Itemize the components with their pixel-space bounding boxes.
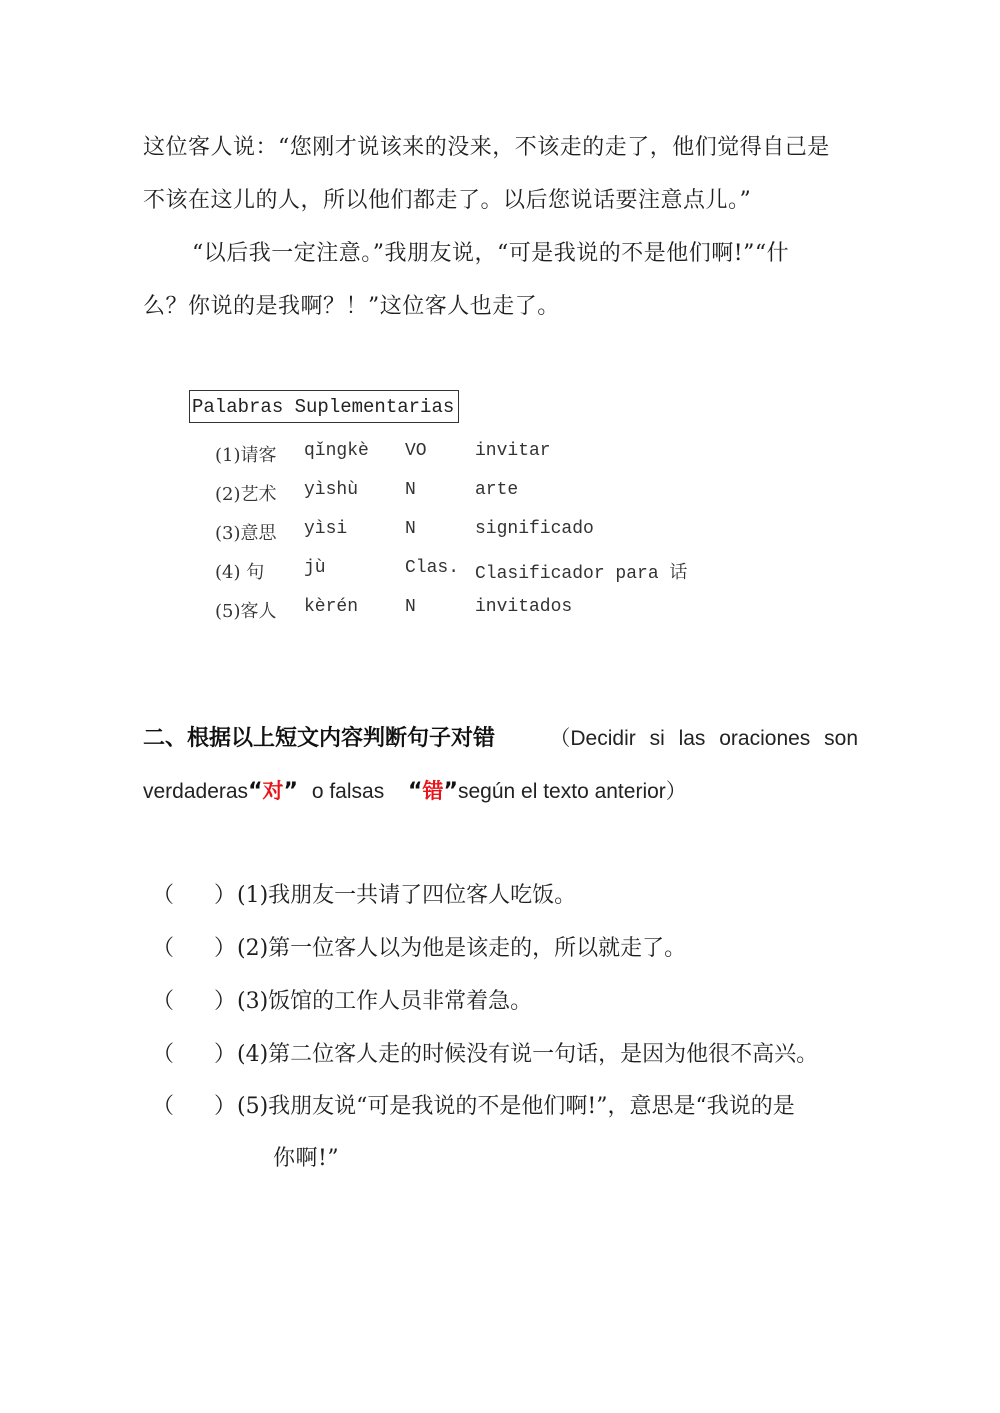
- question-text: (5)我朋友说“可是我说的不是他们啊!”，意思是“我说的是: [237, 1089, 795, 1120]
- vocab-definition: invitados: [475, 597, 572, 617]
- vocab-definition: Clasificador para 话: [475, 558, 687, 584]
- story-line-3: “以后我一定注意。”我朋友说，“可是我说的不是他们啊!”“什: [192, 236, 789, 267]
- vocab-word: (5)客人: [215, 597, 277, 623]
- vocab-word: (3)意思: [215, 519, 277, 545]
- false-close-quote: ”: [444, 779, 458, 804]
- vocab-word: (1)请客: [215, 441, 277, 467]
- answer-blank-open[interactable]: （: [152, 1089, 174, 1120]
- section2-heading: 二、根据以上短文内容判断句子对错: [143, 726, 495, 751]
- true-close-quote: ”: [284, 779, 298, 804]
- true-word: 对: [263, 779, 284, 803]
- vocab-pinyin: qǐngkè: [304, 441, 369, 461]
- vocab-pos: N: [405, 519, 416, 539]
- vocab-pos: Clas.: [405, 558, 459, 578]
- vocab-pos: N: [405, 597, 416, 617]
- false-open-quote: “: [398, 779, 422, 804]
- instruction-post: según el texto anterior）: [458, 780, 687, 803]
- question-text: (1)我朋友一共请了四位客人吃饭。: [237, 878, 576, 909]
- answer-blank-open[interactable]: （: [152, 878, 174, 909]
- answer-blank-close[interactable]: ）: [214, 1037, 236, 1068]
- question-text: (4)第二位客人走的时候没有说一句话，是因为他很不高兴。: [237, 1037, 818, 1068]
- question-text: (3)饭馆的工作人员非常着急。: [237, 984, 532, 1015]
- answer-blank-open[interactable]: （: [152, 1037, 174, 1068]
- vocab-pinyin: yìsi: [304, 519, 347, 539]
- story-line-1: 这位客人说：“您刚才说该来的没来，不该走的走了，他们觉得自己是: [143, 130, 830, 161]
- section2-instruction-line1: （Decidir si las oraciones son: [549, 722, 858, 752]
- answer-blank-close[interactable]: ）: [214, 984, 236, 1015]
- vocab-definition: arte: [475, 480, 518, 500]
- vocab-pinyin: jù: [304, 558, 326, 578]
- section2-instruction-line2: verdaderas“对” o falsas “错”según el texto…: [143, 775, 687, 805]
- vocab-word: (4) 句: [215, 558, 264, 584]
- vocab-pos: N: [405, 480, 416, 500]
- vocab-definition: invitar: [475, 441, 551, 461]
- vocab-pinyin: yìshù: [304, 480, 358, 500]
- section2-heading-line: 二、根据以上短文内容判断句子对错 （Decidir si las oracion…: [143, 721, 858, 752]
- question-text: (2)第一位客人以为他是该走的，所以就走了。: [237, 931, 686, 962]
- vocab-pos: VO: [405, 441, 427, 461]
- answer-blank-close[interactable]: ）: [214, 878, 236, 909]
- instruction-mid: o falsas: [298, 780, 398, 803]
- vocab-definition: significado: [475, 519, 594, 539]
- vocab-pinyin: kèrén: [304, 597, 358, 617]
- false-word: 错: [423, 779, 444, 803]
- vocabulary-title: Palabras Suplementarias: [189, 390, 459, 423]
- vocab-word: (2)艺术: [215, 480, 277, 506]
- answer-blank-open[interactable]: （: [152, 931, 174, 962]
- answer-blank-close[interactable]: ）: [214, 1089, 236, 1120]
- answer-blank-close[interactable]: ）: [214, 931, 236, 962]
- instruction-pre: verdaderas: [143, 780, 248, 803]
- question-5-continuation: 你啊!”: [273, 1141, 339, 1172]
- answer-blank-open[interactable]: （: [152, 984, 174, 1015]
- story-line-4: 么？你说的是我啊？！”这位客人也走了。: [143, 289, 560, 320]
- true-open-quote: “: [248, 779, 262, 804]
- story-line-2: 不该在这儿的人，所以他们都走了。以后您说话要注意点儿。”: [143, 183, 751, 214]
